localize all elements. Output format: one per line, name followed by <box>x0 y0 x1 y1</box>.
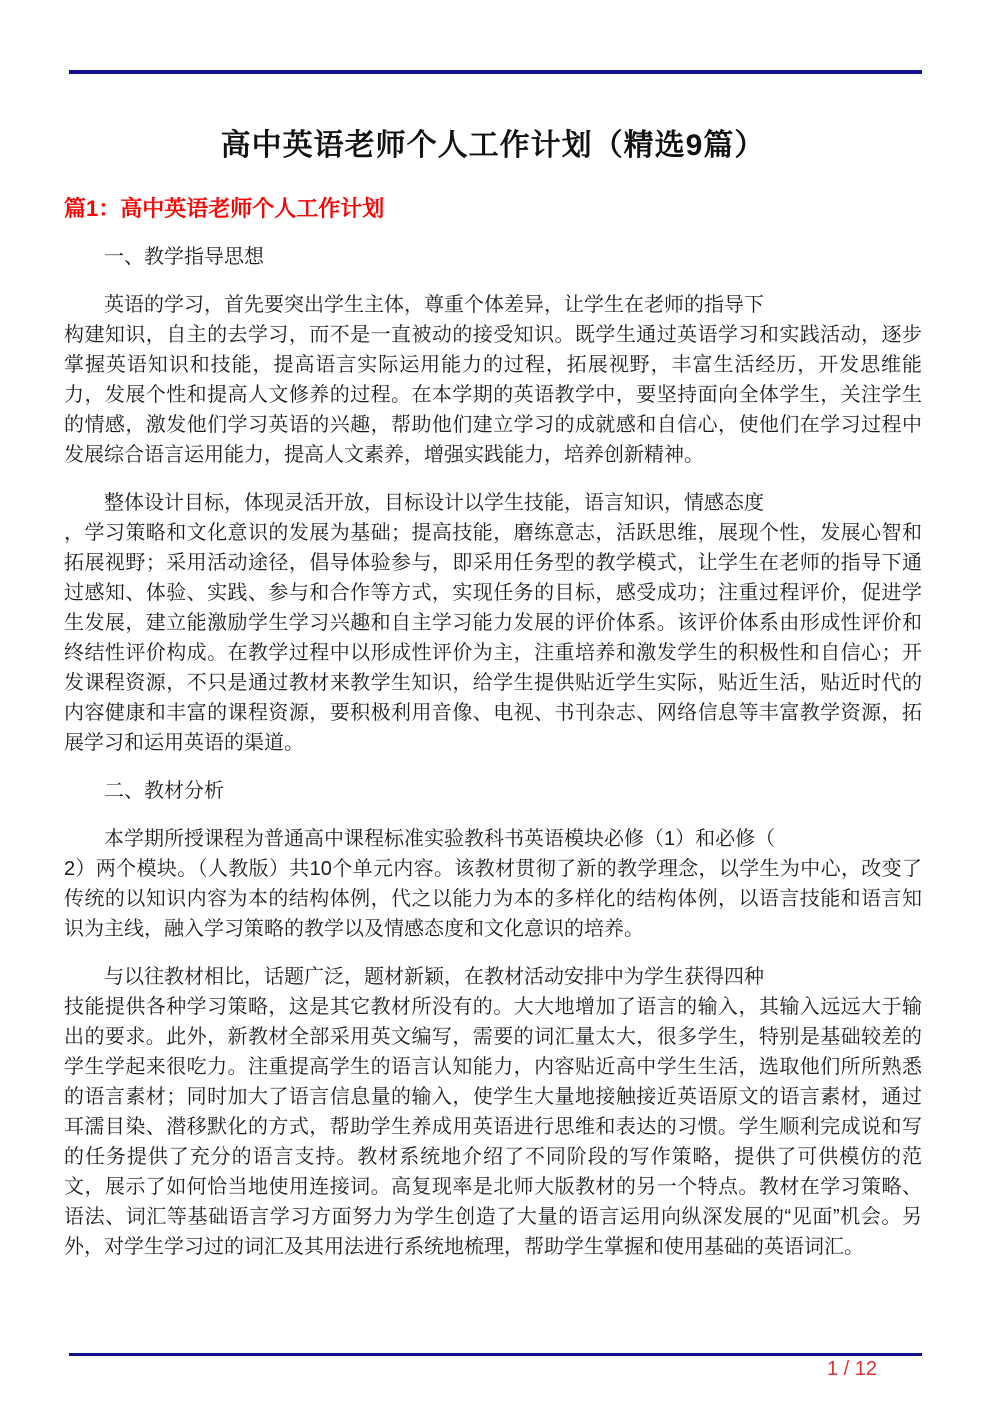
section-subheading: 二、教材分析 <box>64 776 922 806</box>
body-paragraph: 本学期所授课程为普通高中课程标准实验教科书英语模块必修（1）和必修（ 2）两个模… <box>64 824 922 944</box>
document-content: 高中英语老师个人工作计划（精选9篇） 篇1：高中英语老师个人工作计划 一、教学指… <box>64 0 922 1262</box>
body-paragraph: 与以往教材相比，话题广泛，题材新颖，在教材活动安排中为学生获得四种 技能提供各种… <box>64 962 922 1262</box>
page-number: 1 / 12 <box>827 1357 877 1381</box>
document-title: 高中英语老师个人工作计划（精选9篇） <box>64 128 922 164</box>
document-page: 高中英语老师个人工作计划（精选9篇） 篇1：高中英语老师个人工作计划 一、教学指… <box>0 0 992 1403</box>
body-paragraph: 整体设计目标，体现灵活开放，目标设计以学生技能，语言知识，情感态度 ，学习策略和… <box>64 488 922 758</box>
body-paragraph: 英语的学习，首先要突出学生主体，尊重个体差异，让学生在老师的指导下 构建知识，自… <box>64 290 922 470</box>
article-heading: 篇1：高中英语老师个人工作计划 <box>64 194 922 224</box>
section-subheading: 一、教学指导思想 <box>64 242 922 272</box>
footer-divider-line <box>69 1353 922 1356</box>
